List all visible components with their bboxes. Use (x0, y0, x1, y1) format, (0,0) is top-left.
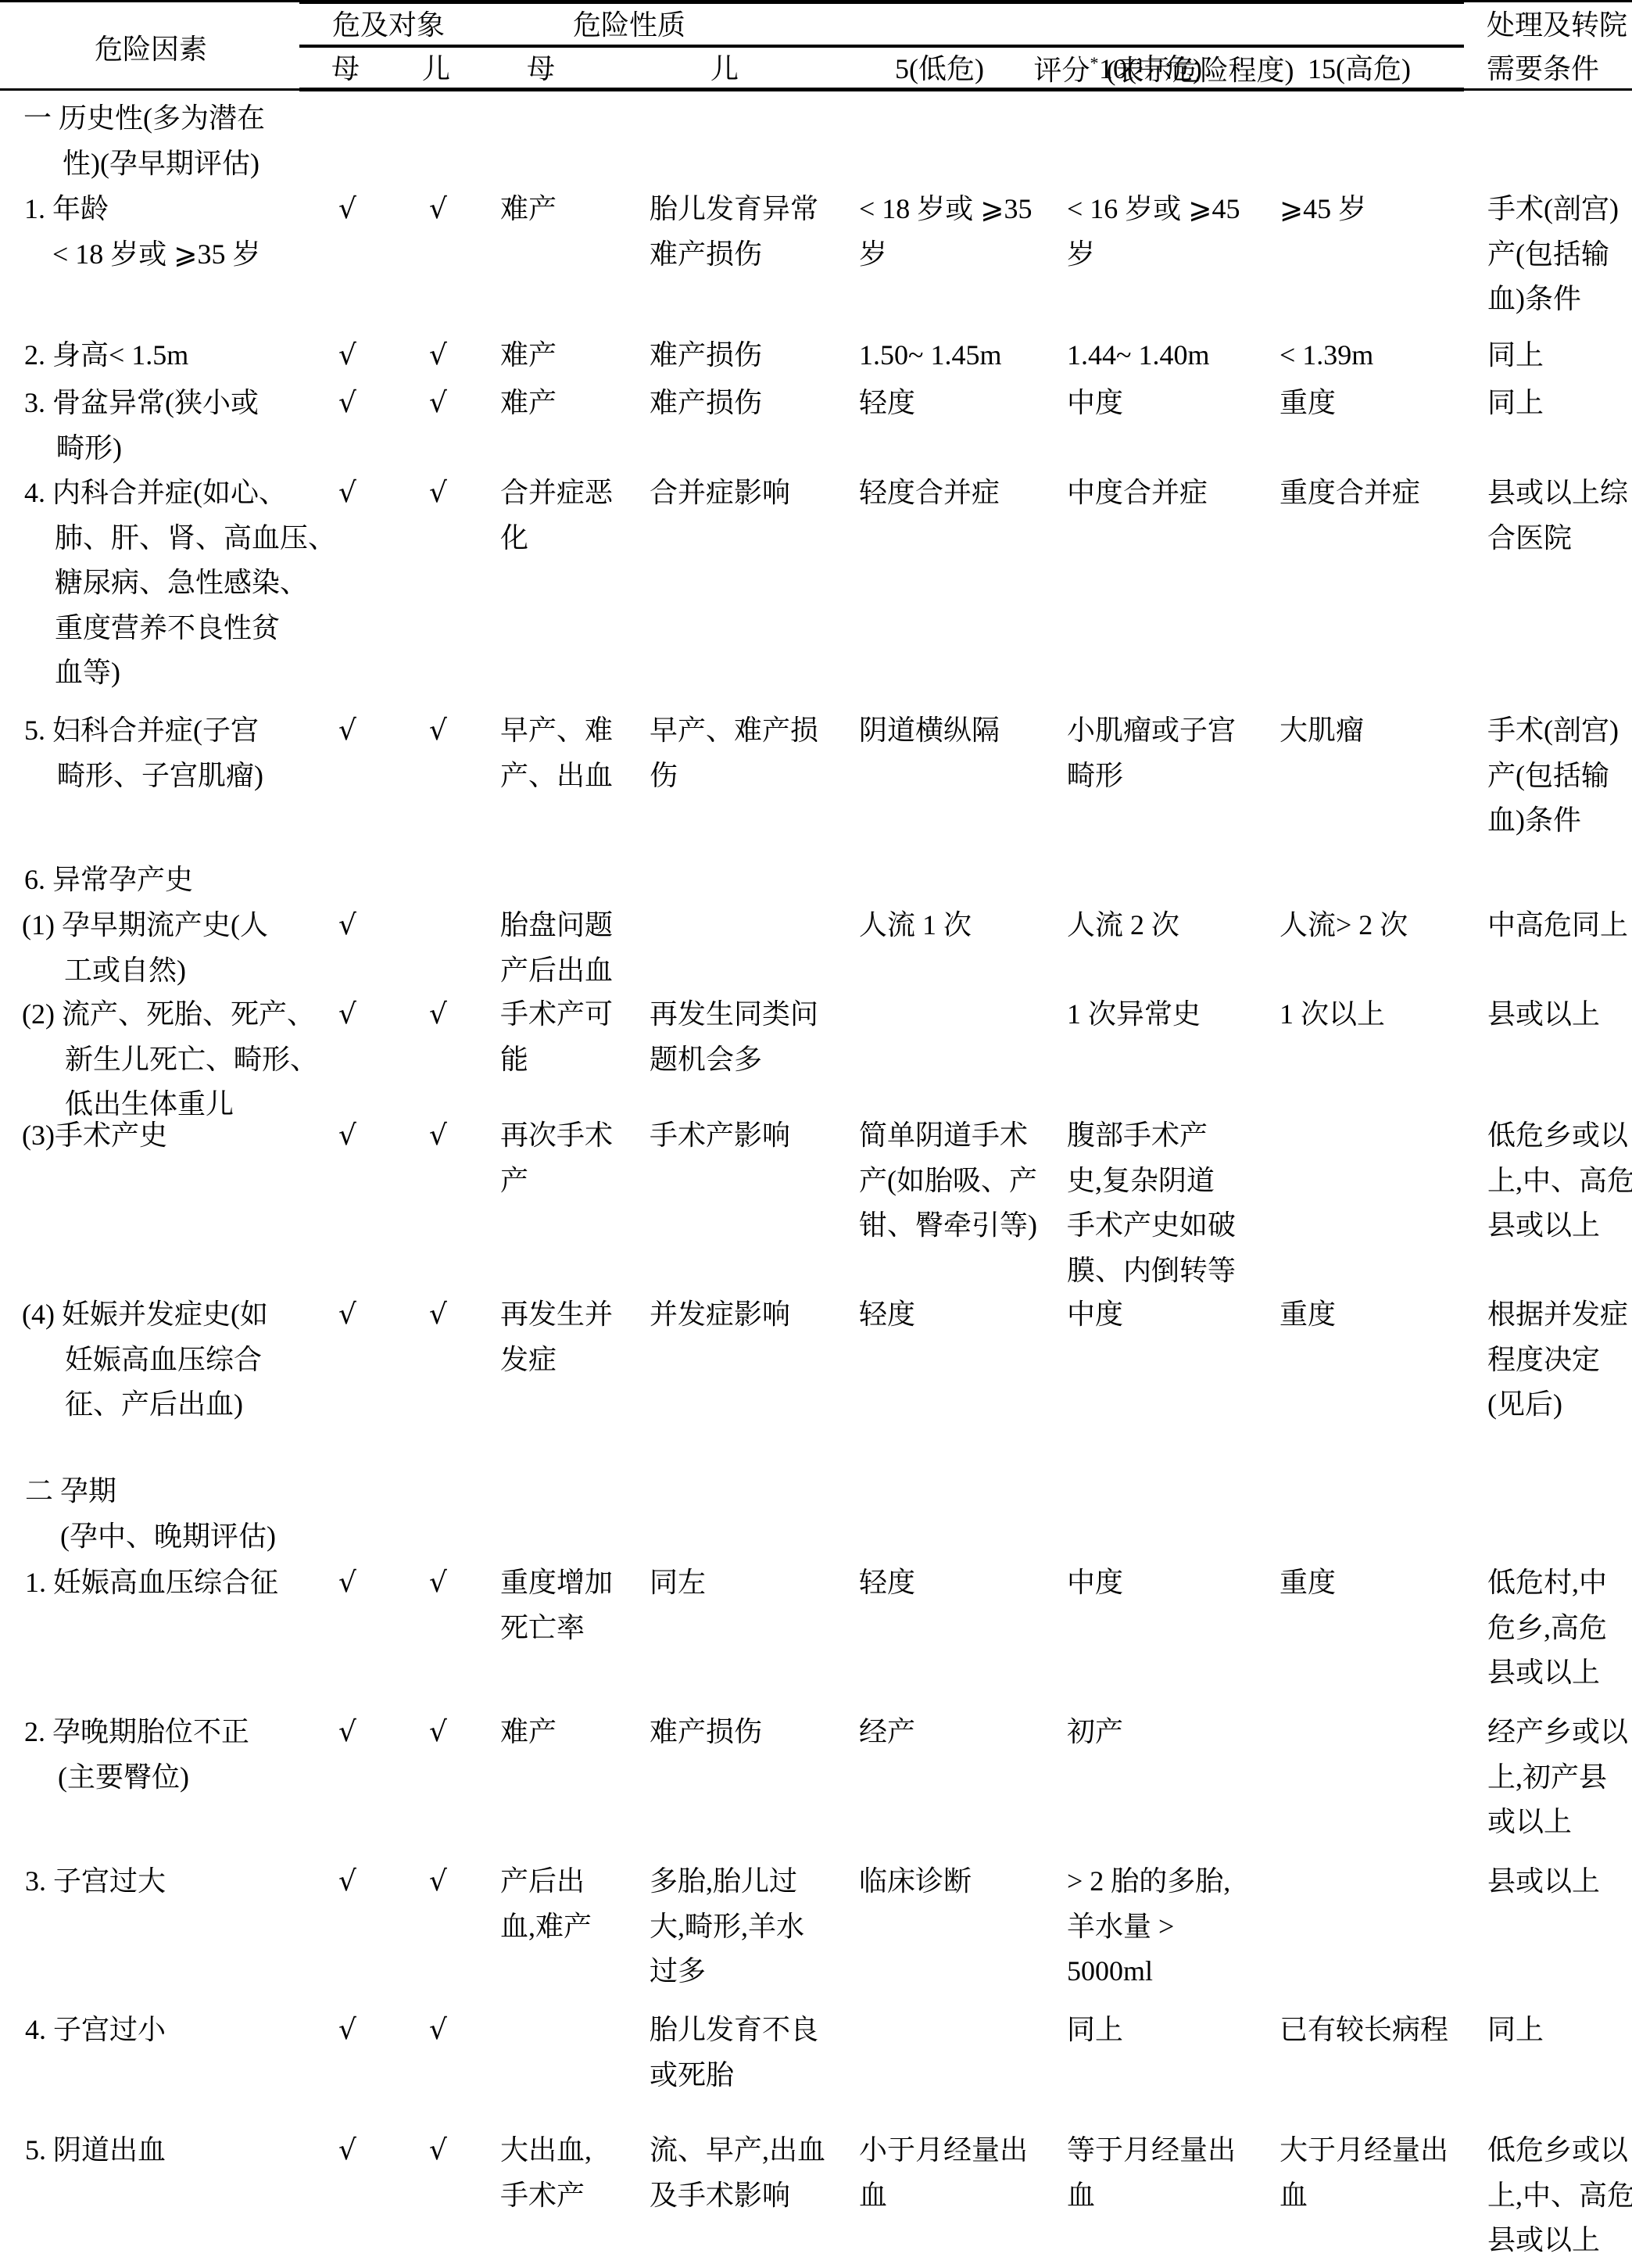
score-mid-cell: 中度合并症 (1067, 471, 1208, 516)
nature-child-cell: 并发症影响 (650, 1292, 790, 1338)
score-mid-cell: 人流 2 次 (1067, 903, 1179, 948)
top-rule-right (1464, 0, 1632, 2)
score-low-cell: 简单阴道手术 产(如胎吸、产 钳、臀牵引等) (859, 1113, 1037, 1249)
mother-check-icon: √ (338, 1113, 356, 1159)
risk-factor-table-page: 危险因素 危及对象 危险性质 评分*(表示危险程度) 处理及转院 需要条件 母 … (0, 0, 1632, 2268)
section-title: 二 孕期 (孕中、晚期评估) (60, 1469, 276, 1559)
nature-mother-cell: 合并症恶 化 (500, 471, 613, 561)
header-handling-line1: 处理及转院 (1487, 3, 1627, 48)
mother-check-icon: √ (338, 708, 356, 754)
factor-cell: 4. 子宫过小 (25, 2008, 166, 2053)
handling-cell: 手术(剖宫) 产(包括输 血)条件 (1487, 187, 1619, 322)
nature-child-cell: 胎儿发育异常 难产损伤 (650, 187, 818, 277)
score-mid-cell: 中度 (1067, 381, 1123, 426)
score-low-cell: 轻度 (859, 381, 915, 426)
mother-check-icon: √ (338, 381, 356, 426)
score-mid-cell: 腹部手术产 史,复杂阴道 手术产史如破 膜、内倒转等 (1067, 1113, 1236, 1293)
score-high-cell: 重度合并症 (1279, 471, 1420, 516)
mother-check-icon: √ (338, 903, 356, 948)
mother-check-icon: √ (338, 2008, 356, 2053)
handling-cell: 县或以上综 合医院 (1487, 471, 1628, 561)
nature-mother-cell: 难产 (500, 333, 557, 378)
child-check-icon: √ (429, 992, 447, 1037)
mother-check-icon: √ (338, 1292, 356, 1338)
nature-mother-cell: 重度增加 死亡率 (500, 1560, 613, 1650)
factor-cell: 5. 阴道出血 (25, 2128, 166, 2173)
subheader-target-mother: 母 (331, 47, 360, 92)
child-check-icon: √ (429, 333, 447, 378)
header-bottom-rule-left (0, 88, 299, 91)
handling-cell: 低危村,中 危乡,高危 县或以上 (1487, 1560, 1607, 1696)
score-high-cell: ⩾45 岁 (1279, 187, 1366, 232)
factor-cell: 1. 年龄 < 18 岁或 ⩾35 岁 (52, 187, 260, 277)
nature-child-cell: 难产损伤 (650, 1710, 762, 1755)
nature-child-cell: 手术产影响 (650, 1113, 790, 1159)
top-rule-left (0, 0, 299, 2)
score-mid-cell: 中度 (1067, 1560, 1123, 1606)
nature-mother-cell: 难产 (500, 381, 557, 426)
header-risk-factor: 危险因素 (95, 27, 207, 73)
score-mid-cell: 小肌瘤或子宫 畸形 (1067, 708, 1236, 798)
child-check-icon: √ (429, 1859, 447, 1904)
score-low-cell: 经产 (859, 1710, 915, 1755)
subheader-score-low: 5(低危) (895, 47, 984, 92)
score-mid-cell: 等于月经量出 血 (1067, 2128, 1236, 2218)
nature-mother-cell: 产后出 血,难产 (500, 1859, 592, 1949)
score-high-cell: 重度 (1279, 381, 1336, 426)
nature-child-cell: 难产损伤 (650, 333, 762, 378)
score-mid-cell: < 16 岁或 ⩾45 岁 (1067, 187, 1240, 277)
handling-cell: 同上 (1487, 333, 1544, 378)
handling-cell: 手术(剖宫) 产(包括输 血)条件 (1487, 708, 1619, 844)
nature-child-cell: 胎儿发育不良 或死胎 (650, 2008, 818, 2098)
child-check-icon: √ (429, 1113, 447, 1159)
nature-mother-cell: 再次手术 产 (500, 1113, 613, 1203)
subheader-target-child: 儿 (422, 47, 450, 92)
factor-cell: (2) 流产、死胎、死产、 新生儿死亡、畸形、 低出生体重儿 (65, 992, 318, 1127)
child-check-icon: √ (429, 708, 447, 754)
subsection-title: 6. 异常孕产史 (24, 858, 193, 903)
handling-cell: 低危乡或以 上,中、高危 县或以上 (1487, 2128, 1632, 2263)
nature-child-cell: 流、早产,出血 及手术影响 (650, 2128, 825, 2218)
header-risk-nature: 危险性质 (573, 3, 685, 48)
score-low-cell: 轻度 (859, 1560, 915, 1606)
child-check-icon: √ (429, 471, 447, 516)
header-score-label: 评分 (1034, 55, 1090, 86)
factor-cell: 5. 妇科合并症(子宫 畸形、子宫肌瘤) (57, 708, 263, 798)
footnote-mark: * (1090, 53, 1099, 73)
score-mid-cell: 1 次异常史 (1067, 992, 1201, 1037)
score-high-cell: 人流> 2 次 (1279, 903, 1408, 948)
child-check-icon: √ (429, 1292, 447, 1338)
factor-cell: 3. 子宫过大 (25, 1859, 166, 1904)
child-check-icon: √ (429, 2128, 447, 2173)
factor-cell: 2. 孕晚期胎位不正 (主要臀位) (58, 1710, 249, 1800)
nature-mother-cell: 难产 (500, 187, 557, 232)
handling-cell: 经产乡或以 上,初产县 或以上 (1487, 1710, 1628, 1845)
nature-mother-cell: 难产 (500, 1710, 557, 1755)
handling-cell: 根据并发症 程度决定 (见后) (1487, 1292, 1628, 1428)
factor-cell: 2. 身高< 1.5m (24, 333, 188, 378)
score-mid-cell: 中度 (1067, 1292, 1123, 1338)
mother-check-icon: √ (338, 471, 356, 516)
factor-cell: 4. 内科合并症(如心、 肺、肝、肾、高血压、 糖尿病、急性感染、 重度营养不良… (55, 471, 336, 696)
section-title: 一 历史性(多为潜在 性)(孕早期评估) (63, 96, 265, 186)
nature-child-cell: 难产损伤 (650, 381, 762, 426)
score-high-cell: < 1.39m (1279, 333, 1373, 378)
nature-mother-cell: 胎盘问题 产后出血 (500, 903, 613, 993)
score-high-cell: 大肌瘤 (1279, 708, 1364, 754)
subheader-nature-child: 儿 (710, 47, 739, 92)
header-affected-target: 危及对象 (332, 3, 445, 48)
score-mid-cell: > 2 胎的多胎, 羊水量 > 5000ml (1067, 1859, 1230, 1994)
header-handling-line2: 需要条件 (1487, 47, 1599, 92)
factor-cell: 1. 妊娠高血压综合征 (25, 1560, 278, 1606)
factor-cell: (4) 妊娠并发症史(如 妊娠高血压综合 征、产后出血) (65, 1292, 268, 1428)
factor-cell: (1) 孕早期流产史(人 工或自然) (64, 903, 268, 993)
child-check-icon: √ (429, 381, 447, 426)
mother-check-icon: √ (338, 2128, 356, 2173)
nature-child-cell: 多胎,胎儿过 大,畸形,羊水 过多 (650, 1859, 804, 1994)
subheader-score-mid: 10(中危) (1099, 47, 1202, 92)
subheader-score-high: 15(高危) (1308, 47, 1411, 92)
score-high-cell: 大于月经量出 血 (1279, 2128, 1448, 2218)
score-high-cell: 重度 (1279, 1292, 1336, 1338)
handling-cell: 中高危同上 (1487, 903, 1628, 948)
nature-mother-cell: 早产、难 产、出血 (500, 708, 613, 798)
child-check-icon: √ (429, 1710, 447, 1755)
mother-check-icon: √ (338, 1859, 356, 1904)
score-high-cell: 重度 (1279, 1560, 1336, 1606)
score-low-cell: 人流 1 次 (859, 903, 972, 948)
factor-cell: 3. 骨盆异常(狭小或 畸形) (56, 381, 259, 471)
handling-cell: 低危乡或以 上,中、高危 县或以上 (1487, 1113, 1632, 1249)
score-mid-cell: 同上 (1067, 2008, 1123, 2053)
nature-mother-cell: 再发生并 发症 (500, 1292, 613, 1382)
mother-check-icon: √ (338, 1710, 356, 1755)
nature-child-cell: 合并症影响 (650, 471, 790, 516)
handling-cell: 县或以上 (1487, 1859, 1600, 1904)
score-low-cell: 1.50~ 1.45m (859, 333, 1001, 378)
score-low-cell: 小于月经量出 血 (859, 2128, 1028, 2218)
score-mid-cell: 初产 (1067, 1710, 1123, 1755)
factor-cell: (3)手术产史 (22, 1113, 167, 1159)
score-high-cell: 已有较长病程 (1279, 2008, 1448, 2053)
score-low-cell: 临床诊断 (859, 1859, 972, 1904)
nature-mother-cell: 大出血, 手术产 (500, 2128, 592, 2218)
score-low-cell: < 18 岁或 ⩾35 岁 (859, 187, 1032, 277)
subheader-nature-mother: 母 (527, 47, 555, 92)
nature-child-cell: 早产、难产损 伤 (650, 708, 818, 798)
score-low-cell: 轻度 (859, 1292, 915, 1338)
score-low-cell: 轻度合并症 (859, 471, 1000, 516)
mother-check-icon: √ (338, 1560, 356, 1606)
score-high-cell: 1 次以上 (1279, 992, 1385, 1037)
nature-mother-cell: 手术产可 能 (500, 992, 613, 1082)
child-check-icon: √ (429, 1560, 447, 1606)
mother-check-icon: √ (338, 187, 356, 232)
child-check-icon: √ (429, 2008, 447, 2053)
handling-cell: 同上 (1487, 381, 1544, 426)
score-mid-cell: 1.44~ 1.40m (1067, 333, 1209, 378)
handling-cell: 县或以上 (1487, 992, 1600, 1037)
mother-check-icon: √ (338, 992, 356, 1037)
handling-cell: 同上 (1487, 2008, 1544, 2053)
score-low-cell: 阴道横纵隔 (859, 708, 1000, 754)
nature-child-cell: 再发生同类问 题机会多 (650, 992, 818, 1082)
mother-check-icon: √ (338, 333, 356, 378)
child-check-icon: √ (429, 187, 447, 232)
nature-child-cell: 同左 (650, 1560, 706, 1606)
